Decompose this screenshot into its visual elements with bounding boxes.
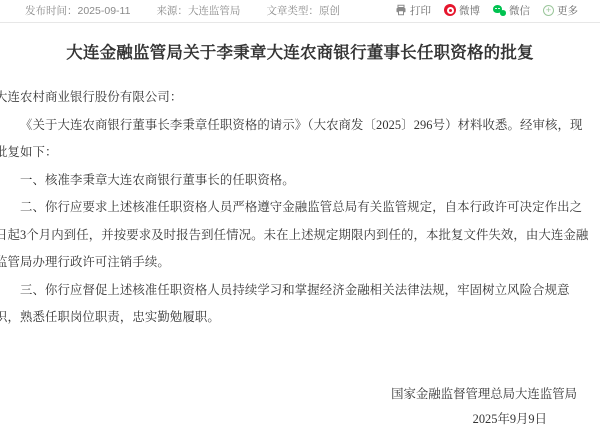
weibo-label: 微博 xyxy=(459,3,480,18)
article-type: 文章类型：原创 xyxy=(266,3,340,18)
source-label: 来源： xyxy=(156,5,188,17)
document-line: 一、核准李秉章大连农商银行董事长的任职资格。 xyxy=(0,167,600,195)
signature-date: 2025年9月9日 xyxy=(0,407,600,432)
meta-bar: 发布时间：2025-09-11 来源：大连监管局 文章类型：原创 打印 微博 xyxy=(0,0,600,23)
signature-org: 国家金融监督管理总局大连监管局 xyxy=(0,382,600,407)
document-body: 大连农村商业银行股份有限公司：《关于大连农商银行董事长李秉章任职资格的请示》（大… xyxy=(0,84,600,332)
print-label: 打印 xyxy=(410,3,431,18)
document-line: 三、你行应督促上述核准任职资格人员持续学习和掌握经济金融相关法律法规，牢固树立风… xyxy=(0,277,600,305)
source: 来源：大连监管局 xyxy=(156,3,240,18)
weibo-icon xyxy=(444,4,456,16)
article-page: 发布时间：2025-09-11 来源：大连监管局 文章类型：原创 打印 微博 xyxy=(0,0,600,437)
document-line: 大连农村商业银行股份有限公司： xyxy=(0,84,600,112)
share-wechat-button[interactable]: 微信 xyxy=(493,3,530,18)
printer-icon xyxy=(395,4,407,16)
document-line: 批复如下： xyxy=(0,139,600,167)
share-weibo-button[interactable]: 微博 xyxy=(444,3,480,18)
share-toolbar: 打印 微博 微信 更多 xyxy=(395,3,578,18)
document-line: 二、你行应要求上述核准任职资格人员严格遵守金融监管总局有关监管规定，自本行政许可… xyxy=(0,194,600,222)
publish-time-label: 发布时间： xyxy=(25,5,78,17)
wechat-icon xyxy=(493,5,506,16)
publish-time: 发布时间：2025-09-11 xyxy=(25,3,130,18)
wechat-label: 微信 xyxy=(509,3,530,18)
print-button[interactable]: 打印 xyxy=(395,3,431,18)
article-type-value: 原创 xyxy=(319,5,340,17)
more-label: 更多 xyxy=(557,3,578,18)
source-value: 大连监管局 xyxy=(188,5,241,17)
publish-time-value: 2025-09-11 xyxy=(78,5,131,17)
article-type-label: 文章类型： xyxy=(266,5,319,17)
share-more-button[interactable]: 更多 xyxy=(543,3,578,18)
signature-block: 国家金融监督管理总局大连监管局 2025年9月9日 xyxy=(0,382,600,432)
document-line: 日起3个月内到任，并按要求及时报告到任情况。未在上述规定期限内到任的，本批复文件… xyxy=(0,222,600,250)
document-line: 识，熟悉任职岗位职责，忠实勤勉履职。 xyxy=(0,304,600,332)
document-line: 《关于大连农商银行董事长李秉章任职资格的请示》（大农商发〔2025〕296号）材… xyxy=(0,112,600,140)
meta-info: 发布时间：2025-09-11 来源：大连监管局 文章类型：原创 xyxy=(25,3,340,18)
plus-circle-icon xyxy=(543,5,554,16)
document-line: 监管局办理行政许可注销手续。 xyxy=(0,249,600,277)
page-title: 大连金融监管局关于李秉章大连农商银行董事长任职资格的批复 xyxy=(0,43,600,63)
